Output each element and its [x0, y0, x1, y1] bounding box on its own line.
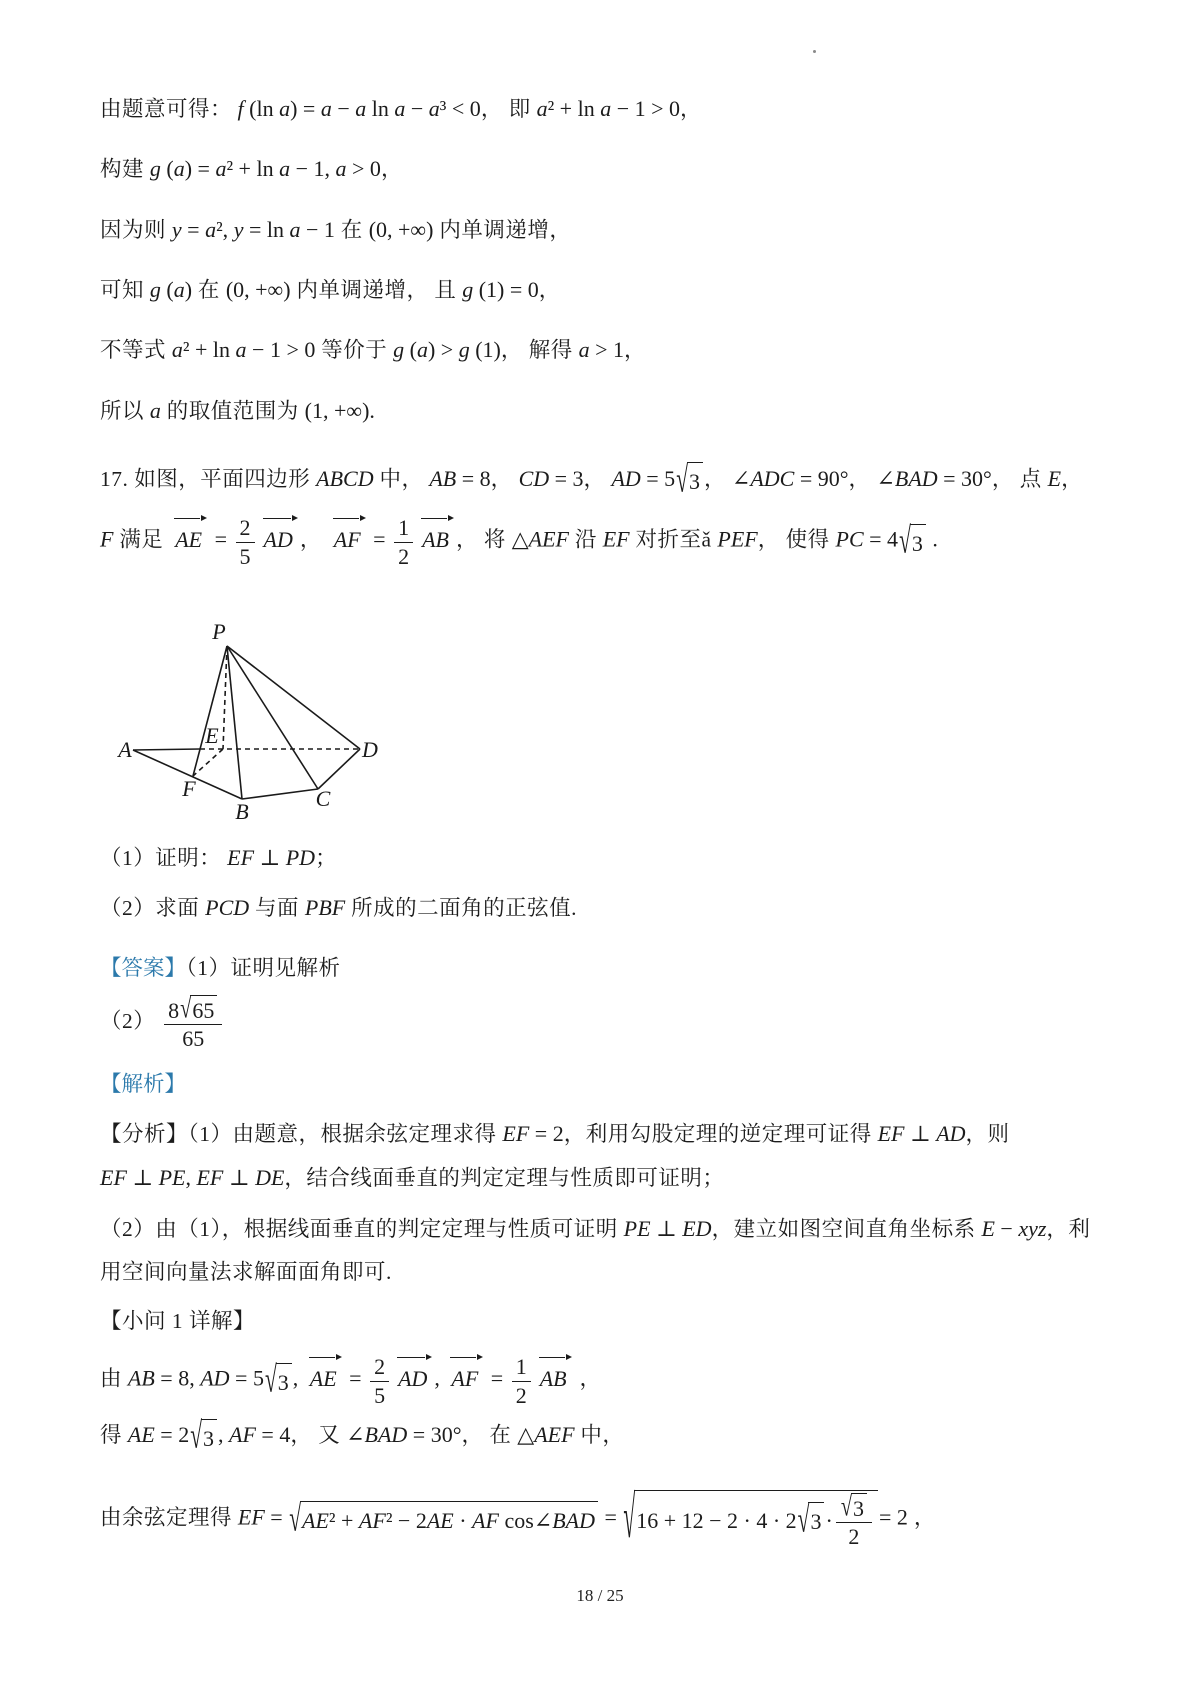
vertex-label-F: F [181, 776, 196, 801]
text-run: 可知 [100, 278, 150, 302]
section-header: 【解析】 [100, 1072, 186, 1096]
text-run: ， [908, 1505, 936, 1529]
text-run: ， 即 [481, 97, 537, 121]
text-run: 由题意可得： [100, 97, 232, 121]
text-run: （2）由（1），根据线面垂直的判定定理与性质可证明 [100, 1217, 624, 1241]
radical: √AE² + AF² − 2AE · AF cos∠BAD [289, 1501, 598, 1538]
vector-arrow: AE [308, 1360, 340, 1396]
edge-PB [227, 646, 242, 799]
edge-CD [318, 749, 360, 789]
radical: √3 [798, 1502, 825, 1539]
text-run: 在 [192, 278, 226, 302]
fraction: 12 [512, 1354, 531, 1408]
text-run: ，则 [966, 1122, 1010, 1146]
edge-AK [133, 749, 200, 750]
text-run: ， [680, 97, 702, 121]
document-body: 由题意可得： f (ln a) = a − a ln a − a³ < 0， 即… [0, 0, 1200, 1549]
text-run: ， [539, 278, 561, 302]
text-run: 所以 [100, 399, 150, 423]
fraction: √32 [836, 1493, 872, 1550]
question-1: （1）证明： EF ⊥ PD； [100, 841, 1104, 875]
section-header: 【答案】 [100, 956, 186, 980]
vertex-label-C: C [316, 786, 331, 811]
vertex-label-B: B [235, 799, 248, 824]
text-run: （1）证明见解析 [186, 956, 341, 980]
text-run: ， 在 [462, 1423, 518, 1447]
radical: √3 [899, 524, 926, 561]
text-run: ， 将 [456, 528, 512, 552]
edge-EF [193, 749, 223, 776]
radical: √16 + 12 − 2 · 4 · 2√3 · √32 [623, 1490, 878, 1550]
fraction: 25 [236, 515, 255, 569]
text-run: 内单调递增， 且 [291, 278, 463, 302]
deduction-line-1: 由题意可得： f (ln a) = a − a ln a − a³ < 0， 即… [100, 92, 1104, 126]
text-run: 中， [374, 467, 430, 491]
page-number: 18 / 25 [0, 1586, 1200, 1606]
analysis-line-1: 【分析】（1）由题意，根据余弦定理求得 EF = 2，利用勾股定理的逆定理可证得… [100, 1117, 1104, 1151]
vector-arrow: AD [396, 1360, 430, 1396]
text-run: 等价于 [315, 338, 393, 362]
vertex-label-E: E [204, 723, 219, 748]
solution-line-2: 得 AE = 2√3, AF = 4， 又 ∠BAD = 30°， 在 △AEF… [100, 1418, 1104, 1456]
deduction-line-5: 不等式 a² + ln a − 1 > 0 等价于 g (a) > g (1)，… [100, 333, 1104, 367]
text-run: 在 [335, 218, 369, 242]
deduction-line-2: 构建 g (a) = a² + ln a − 1, a > 0， [100, 152, 1104, 186]
text-run: ，利用勾股定理的逆定理可证得 [564, 1122, 878, 1146]
radical: √3 [265, 1363, 292, 1400]
vertex-label-D: D [361, 737, 378, 762]
vertex-label-P: P [211, 619, 225, 644]
analysis-header: 【解析】 [100, 1068, 1104, 1101]
text-run: 由余弦定理得 [100, 1505, 238, 1529]
stray-dot [813, 50, 816, 53]
analysis-line-2: EF ⊥ PE, EF ⊥ DE，结合线面垂直的判定定理与性质即可证明； [100, 1161, 1104, 1195]
answer-part-2: （2） 8√6565 [100, 995, 1104, 1052]
solution-line-1: 由 AB = 8, AD = 5√3, AE = 25AD, AF = 12AB… [100, 1354, 1104, 1408]
text-run: ， [1061, 467, 1083, 491]
deduction-line-3: 因为则 y = a², y = ln a − 1 在 (0, +∞) 内单调递增… [100, 213, 1104, 247]
analysis-line-3: （2）由（1），根据线面垂直的判定定理与性质可证明 PE ⊥ ED，建立如图空间… [100, 1212, 1104, 1246]
text-run: 对折至ǎ [630, 528, 718, 552]
analysis-line-4: 用空间向量法求解面面角即可. [100, 1256, 1104, 1289]
text-run: ； [315, 846, 337, 870]
answer-part-1: 【答案】（1）证明见解析 [100, 952, 1104, 985]
text-run: ， 使得 [758, 528, 836, 552]
text-run: 【小问 1 详解】 [100, 1309, 255, 1333]
text-run: 中， [575, 1423, 625, 1447]
text-run: ， [574, 1367, 602, 1391]
problem-17-statement-2: F 满足 AE = 25AD， AF = 12AB， 将 △AEF 沿 EF 对… [100, 515, 1104, 569]
text-run: 构建 [100, 157, 150, 181]
vector-arrow: AB [420, 521, 452, 557]
text-run: ， [300, 528, 328, 552]
text-run: ，建立如图空间直角坐标系 [712, 1217, 982, 1241]
text-run: ， 点 [992, 467, 1048, 491]
text-run: （2）求面 [100, 896, 205, 920]
fraction: 8√6565 [164, 995, 222, 1052]
text-run: ， 又 [290, 1423, 346, 1447]
text-run: 沿 [569, 528, 603, 552]
text-run: 【分析】（1）由题意，根据余弦定理求得 [100, 1122, 502, 1146]
geometry-figure-svg: PAEDFBC [100, 579, 410, 829]
vector-arrow: AB [538, 1360, 570, 1396]
solution-line-3: 由余弦定理得 EF = √AE² + AF² − 2AE · AF cos∠BA… [100, 1490, 1104, 1550]
edge-BC [242, 789, 318, 799]
fraction: 12 [394, 515, 413, 569]
text-run: ， [381, 157, 403, 181]
deduction-line-4: 可知 g (a) 在 (0, +∞) 内单调递增， 且 g (1) = 0， [100, 273, 1104, 307]
text-run: ， [584, 467, 612, 491]
fraction: 25 [370, 1354, 389, 1408]
text-run: ，利 [1046, 1217, 1090, 1241]
vector-arrow: AF [332, 521, 364, 557]
vector-arrow: AD [262, 521, 296, 557]
deduction-line-6: 所以 a 的取值范围为 (1, +∞). [100, 394, 1104, 428]
question-2: （2）求面 PCD 与面 PBF 所成的二面角的正弦值. [100, 891, 1104, 925]
vector-arrow: AE [173, 521, 205, 557]
edge-PC [227, 646, 318, 789]
text-run: （1）证明： [100, 846, 227, 870]
vector-arrow: AF [449, 1360, 481, 1396]
text-run: 因为则 [100, 218, 172, 242]
radical: √3 [190, 1419, 217, 1456]
text-run: 内单调递增， [433, 218, 571, 242]
text-run: 由 [100, 1367, 128, 1391]
edge-PD [227, 646, 360, 749]
text-run: ， 解得 [501, 338, 579, 362]
text-run: ， [491, 467, 519, 491]
problem-17-statement-1: 17. 如图，平面四边形 ABCD 中， AB = 8， CD = 3， AD … [100, 462, 1104, 500]
subquestion-1-header: 【小问 1 详解】 [100, 1305, 1104, 1338]
text-run: 与面 [249, 896, 305, 920]
text-run: ， [849, 467, 877, 491]
text-run: 用空间向量法求解面面角即可. [100, 1260, 392, 1284]
text-run: （2） [100, 1009, 161, 1033]
text-run: 满足 [113, 528, 169, 552]
text-run: 所成的二面角的正弦值. [345, 896, 577, 920]
text-run: 17. 如图，平面四边形 [100, 467, 316, 491]
text-run: 不等式 [100, 338, 172, 362]
text-run: ， [624, 338, 646, 362]
text-run: ， [704, 467, 732, 491]
edge-PF [193, 646, 227, 776]
text-run: 得 [100, 1423, 128, 1447]
text-run: ，结合线面垂直的判定定理与性质即可证明； [284, 1166, 724, 1190]
radical: √65 [180, 995, 217, 1023]
geometry-figure: PAEDFBC [100, 579, 1104, 829]
radical: √3 [841, 1493, 867, 1521]
radical: √3 [676, 462, 703, 499]
text-run: 的取值范围为 [161, 399, 305, 423]
vertex-label-A: A [116, 737, 132, 762]
